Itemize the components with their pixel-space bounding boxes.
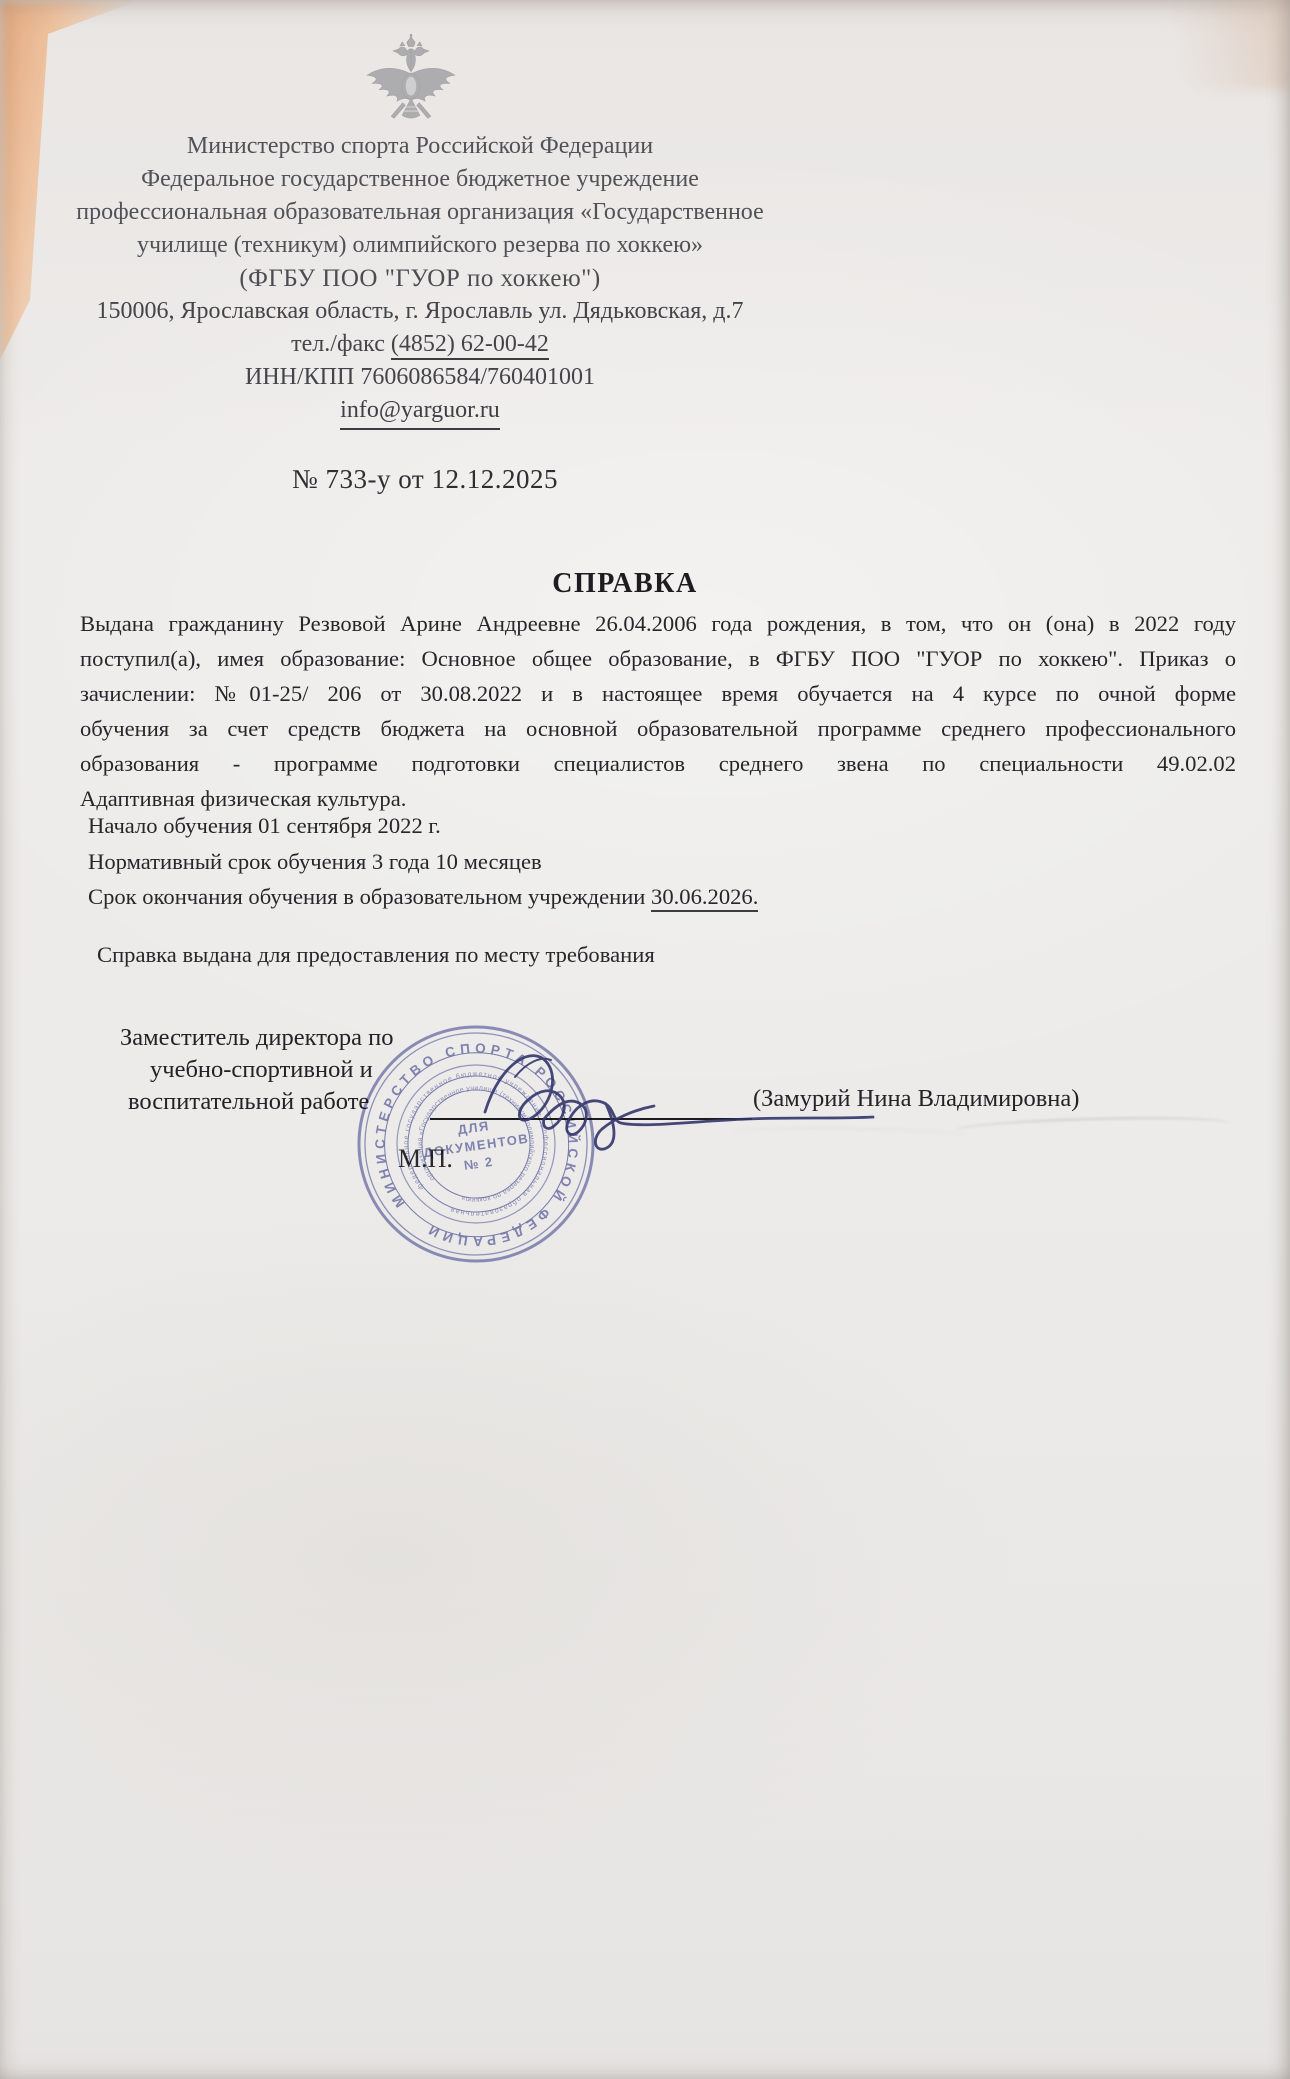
- body-line: обучения за счет средств бюджета на осно…: [80, 711, 1236, 746]
- document-number: № 733-у от 12.12.2025: [292, 464, 558, 495]
- org-short-name: (ФГБУ ПОО "ГУОР по хоккею"): [60, 262, 780, 295]
- study-info: Начало обучения 01 сентября 2022 г. Норм…: [88, 808, 1238, 915]
- signer-position-line-2: учебно-спортивной и: [150, 1055, 373, 1085]
- ministry-line: Министерство спорта Российской Федерации: [60, 130, 780, 163]
- document-page: Министерство спорта Российской Федерации…: [0, 0, 1290, 2079]
- org-email: info@yarguor.ru: [340, 394, 500, 430]
- org-inn-kpp: ИНН/КПП 7606086584/760401001: [60, 361, 780, 394]
- body-line: Выдана гражданину Резвовой Арине Андреев…: [80, 606, 1236, 641]
- paper-wrinkle: [955, 1114, 1230, 1139]
- phone-label: тел./факс: [291, 331, 391, 357]
- letterhead: Министерство спорта Российской Федерации…: [60, 130, 780, 430]
- handwritten-signature: [455, 1032, 905, 1162]
- org-name-line-1: профессиональная образовательная организ…: [60, 196, 780, 229]
- document-title: СПРАВКА: [0, 568, 1250, 600]
- org-type-line: Федеральное государственное бюджетное уч…: [60, 163, 780, 196]
- org-phone-line: тел./факс (4852) 62-00-42: [60, 328, 780, 361]
- body-line: зачислении: №01-25/ 206 от 30.08.2022 и …: [80, 676, 1236, 711]
- phone-number: (4852) 62-00-42: [391, 331, 549, 360]
- body-line: образования - программе подготовки специ…: [80, 746, 1236, 781]
- certificate-body: Выдана гражданину Резвовой Арине Андреев…: [80, 606, 1236, 816]
- study-duration-line: Нормативный срок обучения 3 года 10 меся…: [88, 844, 1238, 880]
- study-start-line: Начало обучения 01 сентября 2022 г.: [88, 808, 1238, 844]
- study-end-date: 30.06.2026.: [651, 884, 758, 912]
- photo-top-right-tint: [1130, 0, 1290, 90]
- body-line: поступил(а), имея образование: Основное …: [80, 641, 1236, 676]
- signer-position-line-3: воспитательной работе: [128, 1087, 369, 1117]
- org-name-line-2: училище (техникум) олимпийского резерва …: [60, 229, 780, 262]
- study-end-prefix: Срок окончания обучения в образовательно…: [88, 884, 651, 909]
- study-end-line: Срок окончания обучения в образовательно…: [88, 879, 1238, 915]
- org-address: 150006, Ярославская область, г. Ярославл…: [60, 295, 780, 328]
- coat-of-arms-russia-icon: [352, 34, 470, 134]
- purpose-line: Справка выдана для предоставления по мес…: [97, 940, 655, 970]
